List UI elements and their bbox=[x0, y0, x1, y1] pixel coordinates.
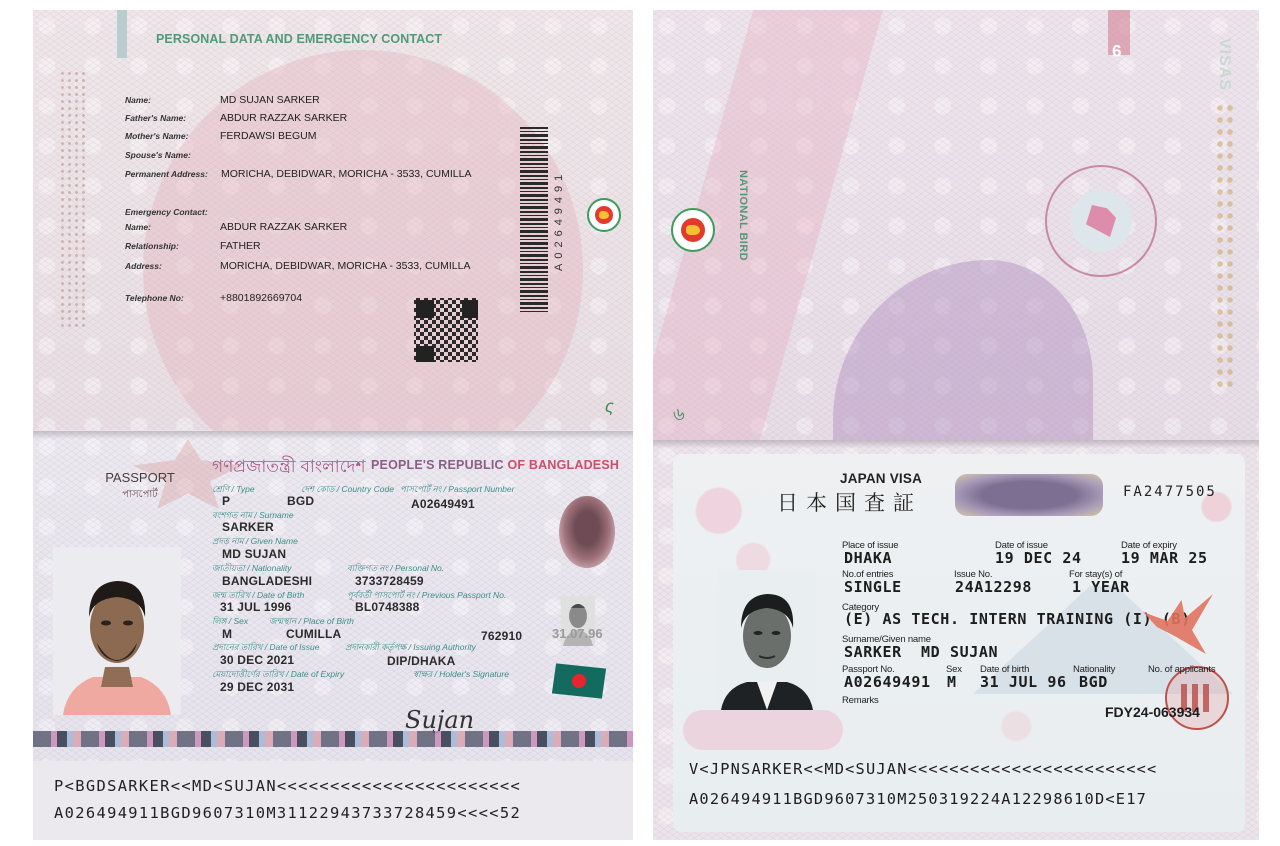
value-country-code: BGD bbox=[287, 494, 314, 508]
field-value: MORICHA, DEBIDWAR, MORICHA - 3533, CUMIL… bbox=[221, 168, 472, 180]
government-emblem-icon bbox=[587, 198, 621, 232]
visa-mrz-line-1: V<JPNSARKER<<MD<SUJAN<<<<<<<<<<<<<<<<<<<… bbox=[689, 760, 1157, 778]
visa-mrz-line-2: A026494911BGD9607310M250319224A12298610D… bbox=[689, 790, 1147, 808]
field-label: Father's Name: bbox=[125, 112, 220, 124]
value-issuing-authority: DIP/DHAKA bbox=[387, 654, 455, 668]
national-bird-caption: NATIONAL BIRD bbox=[737, 170, 749, 261]
label-signature: স্বাক্ষর / Holder's Signature bbox=[413, 668, 509, 682]
visas-heading: VISAS bbox=[1215, 38, 1233, 91]
field-value: ABDUR RAZZAK SARKER bbox=[220, 112, 347, 124]
personal-data-page: PERSONAL DATA AND EMERGENCY CONTACT Name… bbox=[33, 10, 633, 430]
qr-code bbox=[414, 298, 478, 362]
visa-sticker: JAPAN VISA 日本国査証 FA2477505 Place of issu… bbox=[673, 454, 1245, 832]
field-label: Name: bbox=[125, 94, 220, 106]
field-spouses-name: Spouse's Name: bbox=[125, 149, 220, 160]
emergency-contact-heading: Emergency Contact: bbox=[125, 207, 208, 217]
passport-title: PASSPORT bbox=[95, 470, 185, 485]
value-surname: SARKER bbox=[222, 520, 274, 534]
country-name-part: OF BANGLADESH bbox=[507, 458, 619, 472]
official-seal-icon bbox=[1045, 165, 1157, 277]
field-label: Relationship: bbox=[125, 240, 220, 252]
passport-data-page: PASSPORT পাসপোর্ট গণপ্রজাতন্ত্রী বাংলাদে… bbox=[33, 431, 633, 840]
passport-scan-left: PERSONAL DATA AND EMERGENCY CONTACT Name… bbox=[33, 10, 633, 840]
field-name: Name: MD SUJAN SARKER bbox=[125, 94, 320, 106]
security-ink bbox=[683, 710, 843, 750]
label-issuing-authority: প্রদানকারী কর্তৃপক্ষ / Issuing Authority bbox=[345, 641, 476, 655]
passport-title-bn: পাসপোর্ট bbox=[95, 487, 185, 504]
value-date-of-issue: 30 DEC 2021 bbox=[220, 653, 294, 667]
country-name-part: PEOPLE'S REPUBLIC bbox=[371, 458, 507, 472]
hologram-icon bbox=[955, 474, 1103, 516]
field-label: Telephone No: bbox=[125, 292, 220, 304]
visa-title-kanji: 日本国査証 bbox=[777, 487, 922, 517]
field-value: FATHER bbox=[220, 240, 261, 252]
holder-signature: Sujan bbox=[405, 706, 474, 734]
country-name-en: PEOPLE'S REPUBLIC OF BANGLADESH bbox=[371, 458, 619, 472]
field-value: ABDUR RAZZAK SARKER bbox=[220, 221, 347, 233]
value-personal-no: 3733728459 bbox=[355, 574, 424, 588]
mrz-line-2: A026494911BGD9607310M31122943733728459<<… bbox=[54, 804, 521, 822]
value-passport-number: A02649491 bbox=[411, 497, 475, 511]
value-serial-number: 762910 bbox=[481, 629, 522, 643]
field-value: +8801892669704 bbox=[220, 292, 302, 304]
label-type: শ্রেণি / Type bbox=[212, 483, 255, 497]
value-nationality: BGD bbox=[1079, 673, 1108, 691]
value-place-of-issue: DHAKA bbox=[844, 549, 892, 567]
emergency-address: Address: MORICHA, DEBIDWAR, MORICHA - 35… bbox=[125, 260, 471, 272]
label-passport-number: পাসপোর্ট নং / Passport Number bbox=[400, 483, 514, 497]
holder-photo bbox=[53, 547, 181, 715]
visa-blank-page: NATIONAL BIRD 9 VISAS ৬ bbox=[653, 10, 1259, 440]
field-label: Mother's Name: bbox=[125, 130, 220, 142]
value-dob: 31 JUL 96 bbox=[980, 673, 1067, 691]
visa-control-number: FDY24-063934 bbox=[1105, 704, 1200, 720]
page-number: ς bbox=[605, 396, 614, 417]
field-label: Address: bbox=[125, 260, 220, 272]
barcode-number: A02649491 bbox=[553, 128, 567, 313]
value-date-of-expiry: 19 MAR 25 bbox=[1121, 549, 1208, 567]
visa-number: FA2477505 bbox=[1123, 484, 1217, 500]
field-mothers-name: Mother's Name: FERDAWSI BEGUM bbox=[125, 130, 316, 142]
perforation-number bbox=[59, 70, 85, 330]
country-name-bn: গণপ্রজাতন্ত্রী বাংলাদেশ bbox=[212, 454, 366, 482]
page-number-tab: 9 bbox=[1112, 40, 1121, 60]
mrz-line-1: P<BGDSARKER<<MD<SUJAN<<<<<<<<<<<<<<<<<<<… bbox=[54, 777, 521, 795]
emergency-name: Name: ABDUR RAZZAK SARKER bbox=[125, 221, 347, 233]
government-emblem-icon bbox=[671, 208, 715, 252]
value-stay: 1 YEAR bbox=[1072, 578, 1130, 596]
field-label: Permanent Address: bbox=[125, 168, 221, 180]
hologram-strip bbox=[33, 731, 633, 747]
telephone: Telephone No: +8801892669704 bbox=[125, 292, 302, 304]
bangladesh-flag-icon bbox=[552, 663, 606, 698]
value-passport-no: A02649491 bbox=[844, 673, 931, 691]
holder-photo bbox=[717, 570, 817, 710]
label-remarks: Remarks bbox=[842, 695, 879, 706]
field-value: FERDAWSI BEGUM bbox=[220, 130, 316, 142]
value-name: SARKER MD SUJAN bbox=[844, 643, 998, 661]
field-value: MD SUJAN SARKER bbox=[220, 94, 320, 106]
value-date-of-issue: 19 DEC 24 bbox=[995, 549, 1082, 567]
page-number: ৬ bbox=[673, 400, 685, 431]
field-label: Name: bbox=[125, 221, 220, 233]
page-heading: PERSONAL DATA AND EMERGENCY CONTACT bbox=[156, 32, 442, 46]
value-category: (E) AS TECH. INTERN TRAINING (I) (B) bbox=[844, 610, 1191, 628]
value-given-name: MD SUJAN bbox=[222, 547, 286, 561]
ghost-image bbox=[559, 496, 615, 568]
field-label: Spouse's Name: bbox=[125, 149, 220, 160]
field-value: MORICHA, DEBIDWAR, MORICHA - 3533, CUMIL… bbox=[220, 260, 471, 272]
page-fold bbox=[653, 440, 1259, 448]
passport-scan-right: NATIONAL BIRD 9 VISAS ৬ JAPAN VISA 日本国査証… bbox=[653, 10, 1259, 840]
ghost-date: 31.07.96 bbox=[552, 626, 603, 641]
value-place-of-birth: CUMILLA bbox=[286, 627, 341, 641]
perforation-number bbox=[1215, 102, 1237, 392]
visa-page: JAPAN VISA 日本国査証 FA2477505 Place of issu… bbox=[653, 440, 1259, 840]
field-fathers-name: Father's Name: ABDUR RAZZAK SARKER bbox=[125, 112, 347, 124]
value-nationality: BANGLADESHI bbox=[222, 574, 312, 588]
value-type: P bbox=[222, 494, 230, 508]
visa-title: JAPAN VISA bbox=[840, 471, 922, 486]
ministry-seal-icon bbox=[1165, 666, 1229, 730]
label-applicants: No. of applicants bbox=[1148, 664, 1215, 675]
value-sex: M bbox=[947, 673, 957, 691]
value-sex: M bbox=[222, 627, 232, 641]
mrz-zone: P<BGDSARKER<<MD<SUJAN<<<<<<<<<<<<<<<<<<<… bbox=[33, 761, 633, 840]
value-issue-no: 24A12298 bbox=[955, 578, 1032, 596]
page-tab bbox=[117, 10, 127, 58]
page-fold bbox=[33, 431, 633, 439]
value-dob: 31 JUL 1996 bbox=[220, 600, 291, 614]
emergency-relationship: Relationship: FATHER bbox=[125, 240, 261, 252]
value-previous-passport: BL0748388 bbox=[355, 600, 420, 614]
value-entries: SINGLE bbox=[844, 578, 902, 596]
field-permanent-address: Permanent Address: MORICHA, DEBIDWAR, MO… bbox=[125, 168, 472, 180]
value-date-of-expiry: 29 DEC 2031 bbox=[220, 680, 294, 694]
label-country-code: দেশ কোড / Country Code bbox=[301, 483, 394, 497]
barcode bbox=[520, 127, 548, 312]
